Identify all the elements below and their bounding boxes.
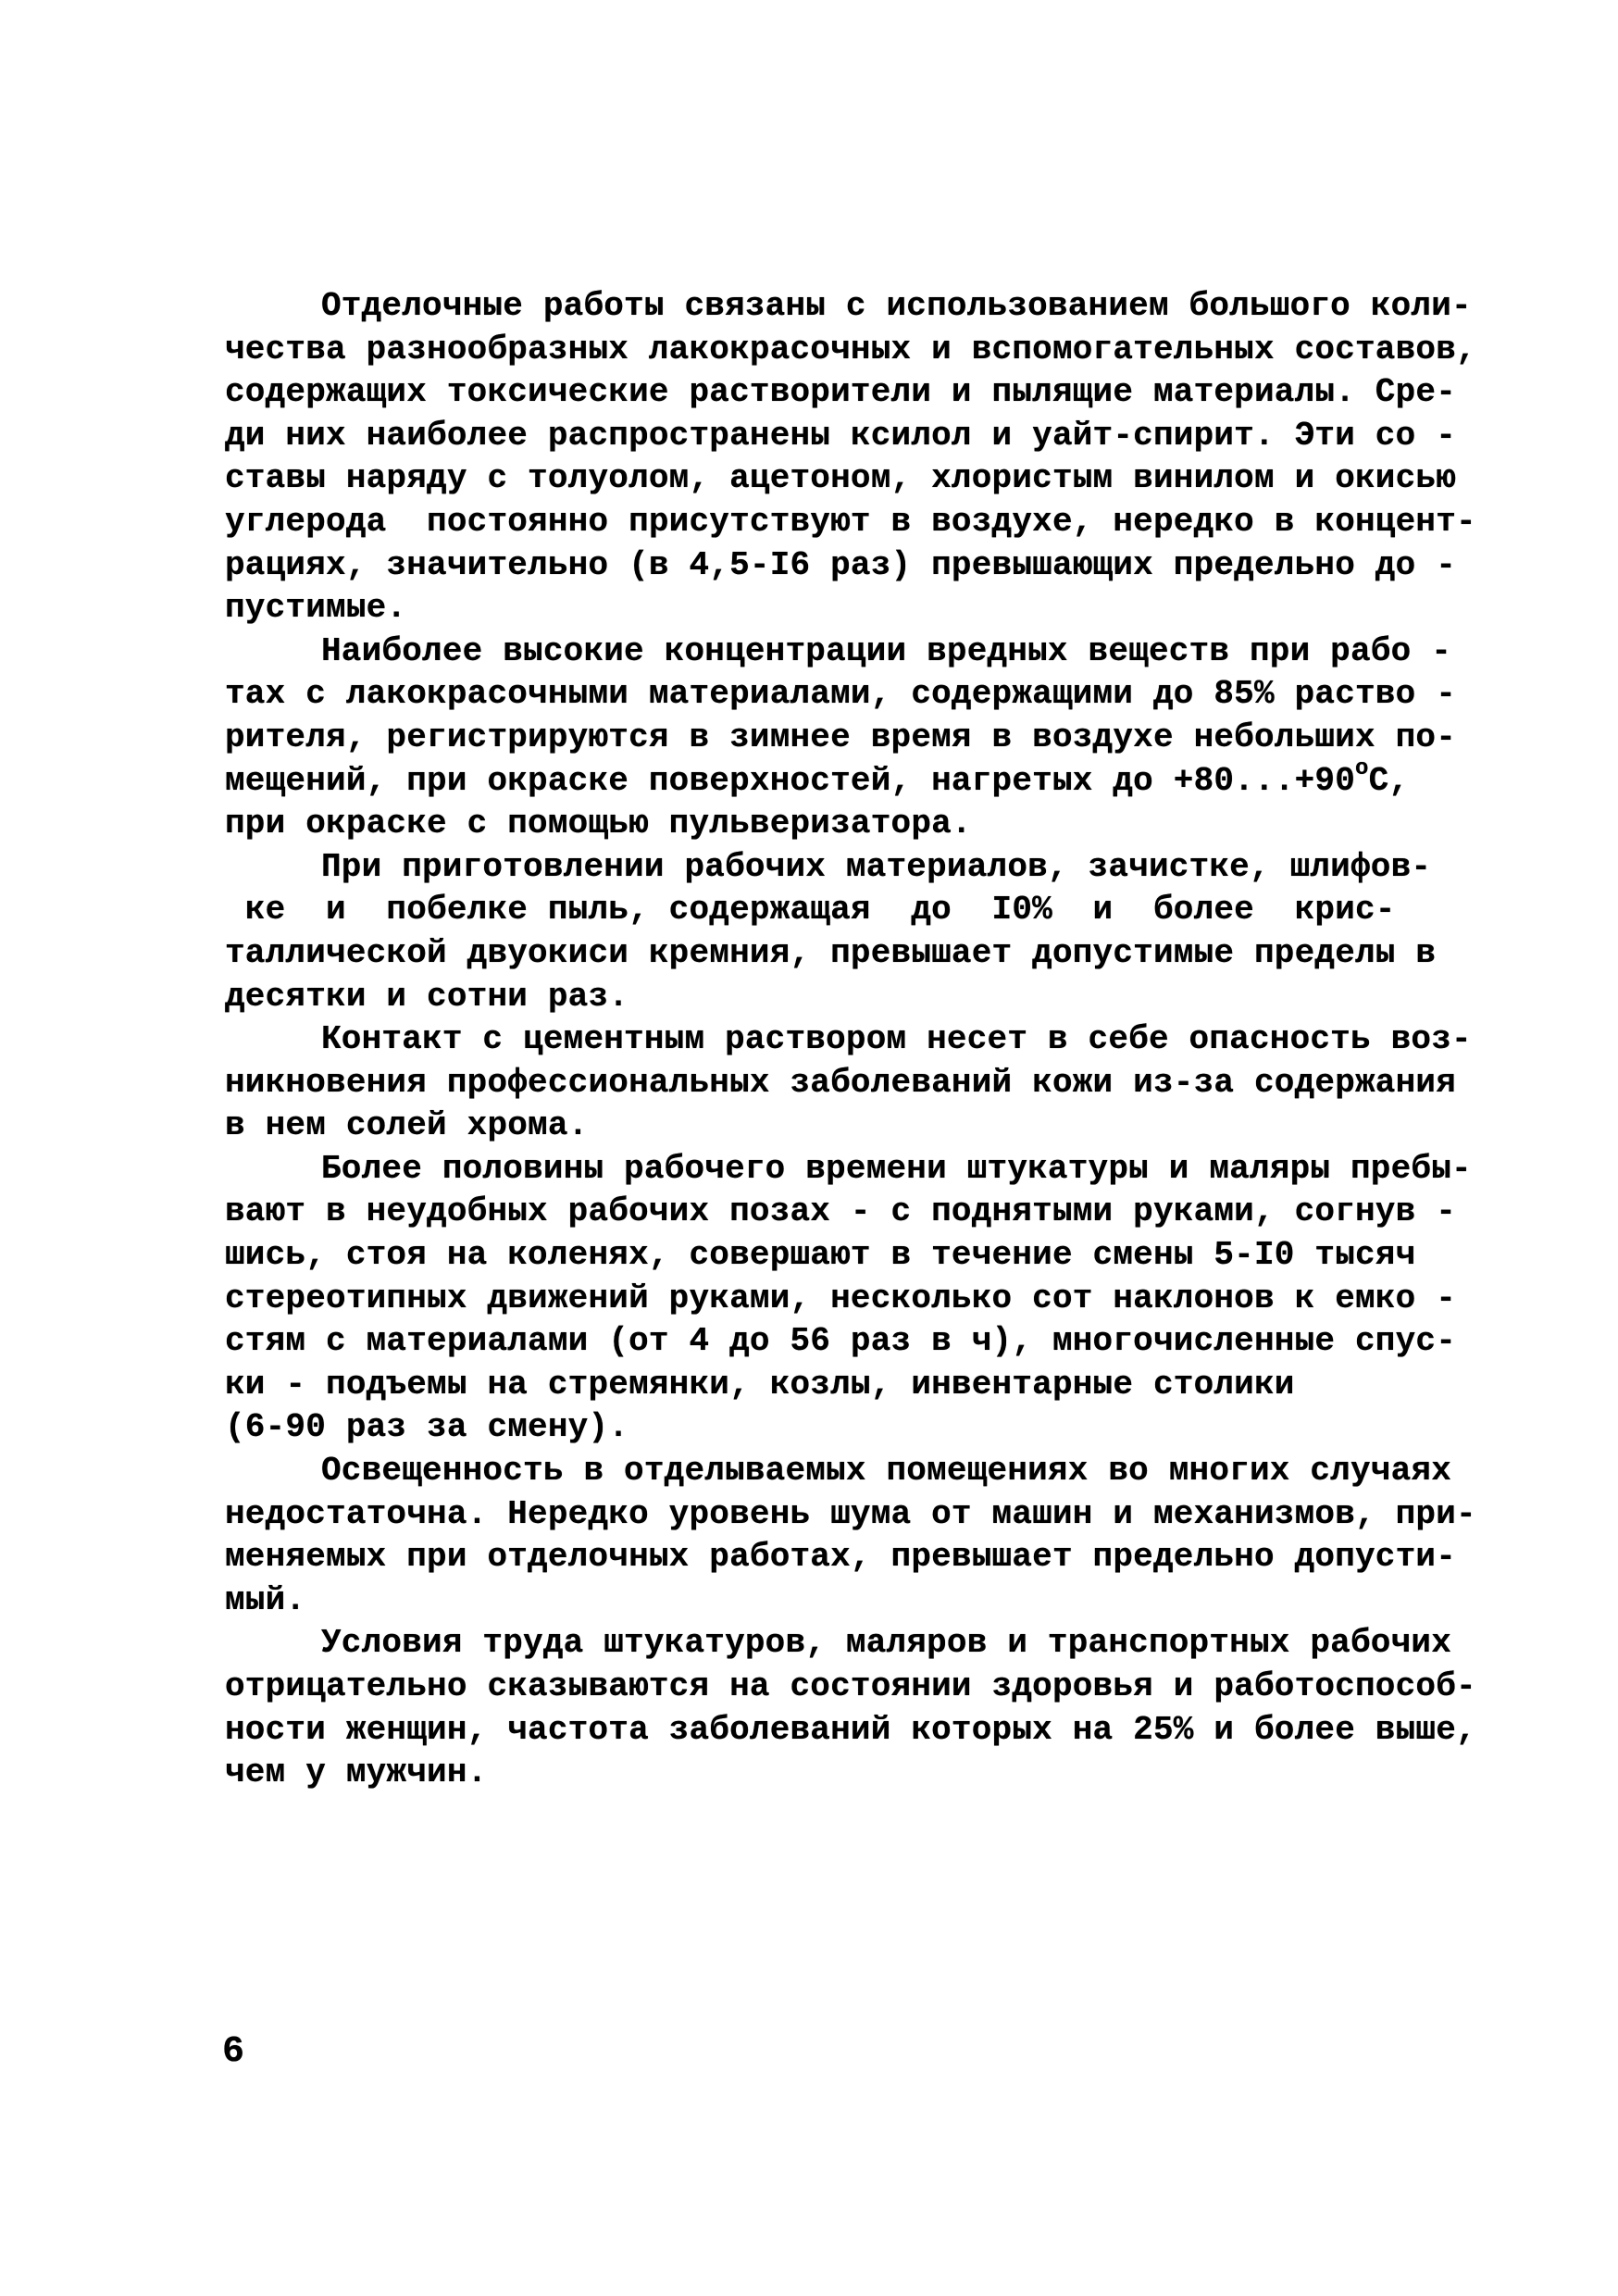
- text-line: ке и побелке пыль, содержащая до I0% и б…: [225, 889, 1502, 932]
- text-line: стям с материалами (от 4 до 56 раз в ч),…: [225, 1320, 1502, 1364]
- text-line: Наиболее высокие концентрации вредных ве…: [225, 630, 1502, 674]
- text-line: Отделочные работы связаны с использовани…: [225, 285, 1502, 329]
- text-line: чества разнообразных лакокрасочных и всп…: [225, 329, 1502, 372]
- text-line: стереотипных движений руками, несколько …: [225, 1278, 1502, 1321]
- document-page: Отделочные работы связаны с использовани…: [0, 0, 1618, 2296]
- text-line: При приготовлении рабочих материалов, за…: [225, 846, 1502, 890]
- text-line: десятки и сотни раз.: [225, 976, 1502, 1019]
- text-line-with-superscript: мещений, при окраске поверхностей, нагре…: [225, 760, 1502, 804]
- text-line: Более половины рабочего времени штукатур…: [225, 1148, 1502, 1192]
- page-number: 6: [222, 2031, 244, 2074]
- text-line: мый.: [225, 1579, 1502, 1623]
- text-line: таллической двуокиси кремния, превышает …: [225, 932, 1502, 976]
- text-line: Условия труда штукатуров, маляров и тран…: [225, 1622, 1502, 1666]
- text-line: в нем солей хрома.: [225, 1104, 1502, 1148]
- text-line: ди них наиболее распространены ксилол и …: [225, 415, 1502, 458]
- text-line: ки - подъемы на стремянки, козлы, инвент…: [225, 1364, 1502, 1407]
- text-line: при окраске с помощью пульверизатора.: [225, 803, 1502, 846]
- text-line: меняемых при отделочных работах, превыша…: [225, 1536, 1502, 1579]
- text-line: чем у мужчин.: [225, 1752, 1502, 1795]
- degree-superscript: о: [1355, 756, 1369, 781]
- body-text: Отделочные работы связаны с использовани…: [225, 285, 1502, 1795]
- text-segment: С,: [1369, 762, 1410, 800]
- text-line: никновения профессиональных заболеваний …: [225, 1062, 1502, 1105]
- text-segment: мещений, при окраске поверхностей, нагре…: [225, 762, 1355, 800]
- text-line: углерода постоянно присутствуют в воздух…: [225, 501, 1502, 544]
- text-line: Контакт с цементным раствором несет в се…: [225, 1018, 1502, 1062]
- text-line: отрицательно сказываются на состоянии зд…: [225, 1666, 1502, 1709]
- text-line: тах с лакокрасочными материалами, содерж…: [225, 673, 1502, 717]
- text-line: вают в неудобных рабочих позах - с подня…: [225, 1191, 1502, 1234]
- text-line: рациях, значительно (в 4,5-I6 раз) превы…: [225, 544, 1502, 588]
- text-line: ставы наряду с толуолом, ацетоном, хлори…: [225, 457, 1502, 501]
- text-line: рителя, регистрируются в зимнее время в …: [225, 717, 1502, 760]
- text-line: ности женщин, частота заболеваний которы…: [225, 1709, 1502, 1753]
- text-line: шись, стоя на коленях, совершают в течен…: [225, 1234, 1502, 1278]
- text-line: недостаточна. Нередко уровень шума от ма…: [225, 1493, 1502, 1537]
- text-line: содержащих токсические растворители и пы…: [225, 371, 1502, 415]
- text-line: Освещенность в отделываемых помещениях в…: [225, 1450, 1502, 1493]
- text-line: (6-90 раз за смену).: [225, 1406, 1502, 1450]
- text-line: пустимые.: [225, 587, 1502, 630]
